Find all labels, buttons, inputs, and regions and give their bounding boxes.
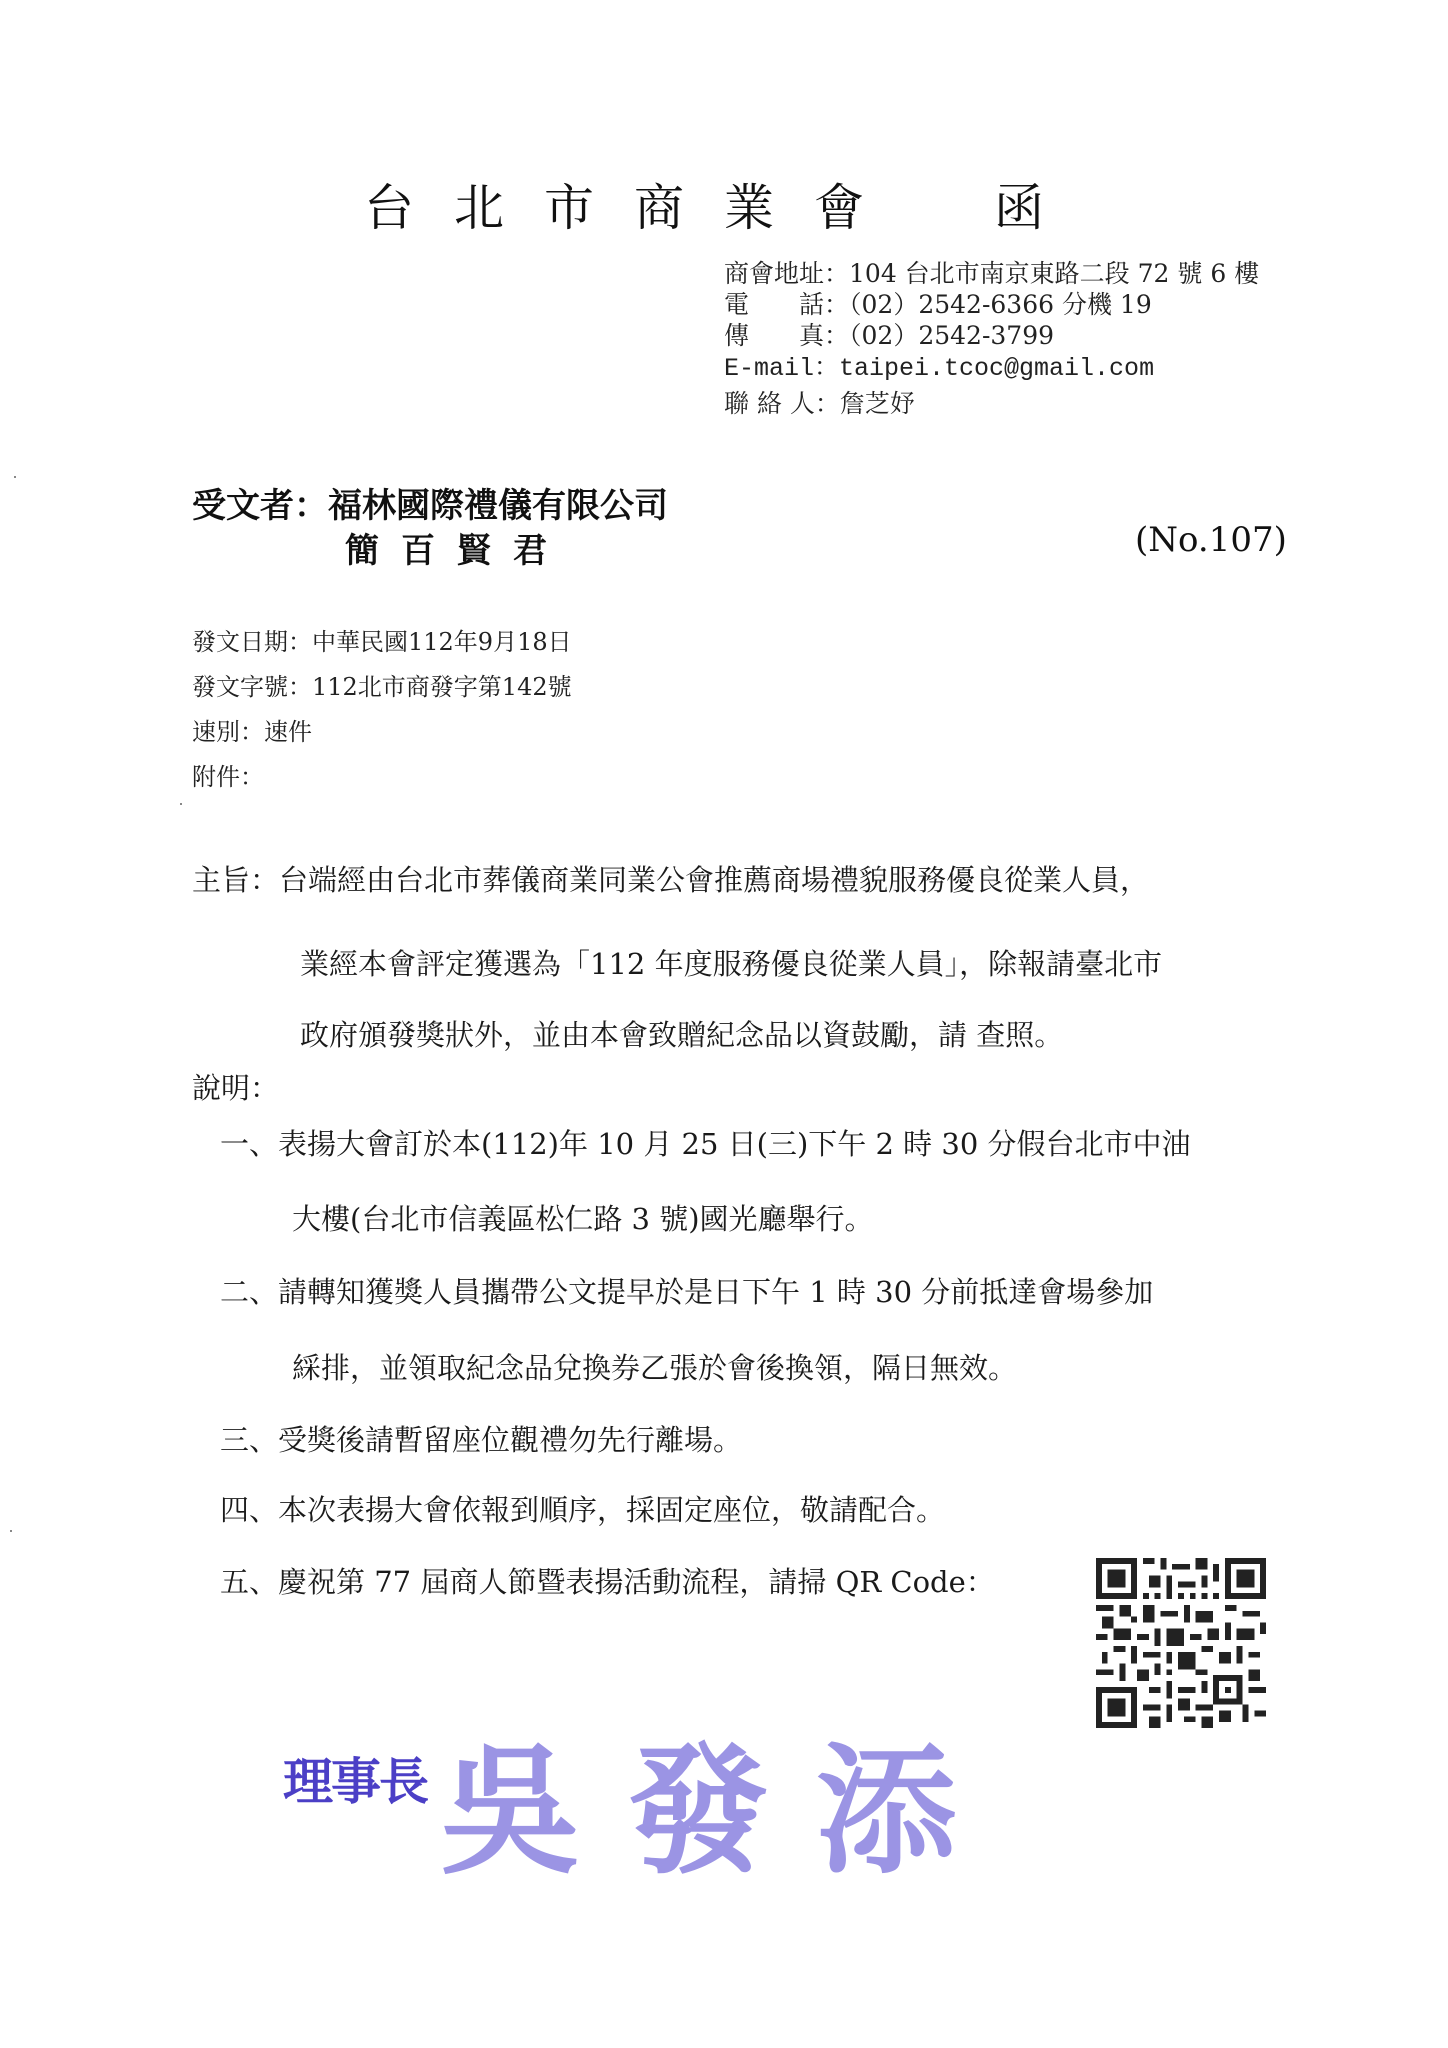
fax-value: （02）2542-3799 xyxy=(849,321,1054,350)
item-marker: 一、 xyxy=(220,1127,278,1161)
contact-person-value: 詹芝妤 xyxy=(840,389,915,418)
item-marker: 三、 xyxy=(220,1423,278,1457)
explanation-item-1-continued: 大樓(台北市信義區松仁路 3 號)國光廳舉行。 xyxy=(292,1197,874,1238)
address-row: 商會地址：104 台北市南京東路二段 72 號 6 樓 xyxy=(724,258,1259,289)
explanation-item-3: 三、受獎後請暫留座位觀禮勿先行離場。 xyxy=(220,1418,742,1459)
subject-first-line: 主旨：台端經由台北市葬儀商業同業公會推薦商場禮貌服務優良從業人員， xyxy=(192,858,1149,899)
email-row: E-mail：taipei.tcoc@gmail.com xyxy=(724,351,1259,382)
issue-date-label: 發文日期： xyxy=(192,628,312,656)
explanation-item-5: 五、慶祝第 77 屆商人節暨表揚活動流程，請掃 QR Code： xyxy=(220,1560,995,1601)
qr-code-icon[interactable] xyxy=(1096,1558,1266,1728)
speed-row: 速別：速件 xyxy=(192,710,572,755)
recipient-company: 福林國際禮儀有限公司 xyxy=(328,486,668,526)
item-marker: 五、 xyxy=(220,1565,278,1599)
letterhead-title: 台北市商業會函 xyxy=(0,168,1448,240)
attachment-row: 附件： xyxy=(192,755,572,800)
explanation-item-4: 四、本次表揚大會依報到順序，採固定座位，敬請配合。 xyxy=(220,1488,945,1529)
issue-date-value: 中華民國112年9月18日 xyxy=(312,628,572,656)
reference-value: 112北市商發字第142號 xyxy=(312,673,572,701)
subject-line-3: 政府頒發獎狀外，並由本會致贈紀念品以資鼓勵，請 查照。 xyxy=(300,1013,1063,1054)
phone-row: 電 話：（02）2542-6366 分機 19 xyxy=(724,289,1259,320)
subject-label: 主旨： xyxy=(192,863,279,897)
fax-label: 傳 真： xyxy=(724,321,849,350)
reference-row: 發文字號：112北市商發字第142號 xyxy=(192,665,572,710)
document-meta: 發文日期：中華民國112年9月18日 發文字號：112北市商發字第142號 速別… xyxy=(192,620,572,800)
phone-label: 電 話： xyxy=(724,290,849,319)
speed-label: 速別： xyxy=(192,718,264,746)
subject-line-1: 台端經由台北市葬儀商業同業公會推薦商場禮貌服務優良從業人員， xyxy=(279,863,1149,897)
phone-value: （02）2542-6366 分機 19 xyxy=(849,290,1152,319)
item-marker: 四、 xyxy=(220,1493,278,1527)
email-label: E-mail： xyxy=(724,354,839,383)
item-text: 受獎後請暫留座位觀禮勿先行離場。 xyxy=(278,1423,742,1457)
scan-speck xyxy=(180,803,182,805)
explanation-item-2: 二、請轉知獲獎人員攜帶公文提早於是日下午 1 時 30 分前抵達會場參加 xyxy=(220,1270,1153,1311)
scan-speck xyxy=(10,1530,12,1532)
qr-code-graphic xyxy=(1096,1558,1266,1728)
address-value: 104 台北市南京東路二段 72 號 6 樓 xyxy=(849,259,1259,288)
fax-row: 傳 真：（02）2542-3799 xyxy=(724,320,1259,351)
signature-title: 理事長 xyxy=(283,1742,427,1814)
contact-person-row: 聯 絡 人：詹芝妤 xyxy=(724,388,1259,419)
issue-date-row: 發文日期：中華民國112年9月18日 xyxy=(192,620,572,665)
email-value: taipei.tcoc@gmail.com xyxy=(839,354,1154,383)
document-number: (No.107) xyxy=(1135,520,1287,560)
attachment-label: 附件： xyxy=(192,763,264,791)
recipient-name: 簡百賢君 xyxy=(345,523,569,572)
speed-value: 速件 xyxy=(264,718,312,746)
scan-speck xyxy=(14,476,16,478)
item-text: 本次表揚大會依報到順序，採固定座位，敬請配合。 xyxy=(278,1493,945,1527)
document-type: 函 xyxy=(994,179,1084,237)
item-text: 慶祝第 77 屆商人節暨表揚活動流程，請掃 QR Code： xyxy=(278,1565,995,1599)
explanation-label: 說明： xyxy=(192,1066,279,1107)
contact-block: 商會地址：104 台北市南京東路二段 72 號 6 樓 電 話：（02）2542… xyxy=(724,258,1259,419)
subject-line-2: 業經本會評定獲選為「112 年度服務優良從業人員」，除報請臺北市 xyxy=(300,942,1162,983)
recipient-label: 受文者： xyxy=(192,486,328,526)
recipient-line: 受文者：福林國際禮儀有限公司 xyxy=(192,478,668,527)
item-text: 表揚大會訂於本(112)年 10 月 25 日(三)下午 2 時 30 分假台北… xyxy=(278,1127,1191,1161)
explanation-item-2-continued: 綵排，並領取紀念品兌換券乙張於會後換領，隔日無效。 xyxy=(292,1346,1017,1387)
contact-person-label: 聯 絡 人： xyxy=(724,389,840,418)
signature-stamp: 吳發添 xyxy=(440,1700,1004,1901)
address-label: 商會地址： xyxy=(724,259,849,288)
item-text: 請轉知獲獎人員攜帶公文提早於是日下午 1 時 30 分前抵達會場參加 xyxy=(278,1275,1153,1309)
reference-label: 發文字號： xyxy=(192,673,312,701)
explanation-item-1: 一、表揚大會訂於本(112)年 10 月 25 日(三)下午 2 時 30 分假… xyxy=(220,1122,1191,1163)
organization-name: 台北市商業會 xyxy=(364,179,904,237)
item-marker: 二、 xyxy=(220,1275,278,1309)
